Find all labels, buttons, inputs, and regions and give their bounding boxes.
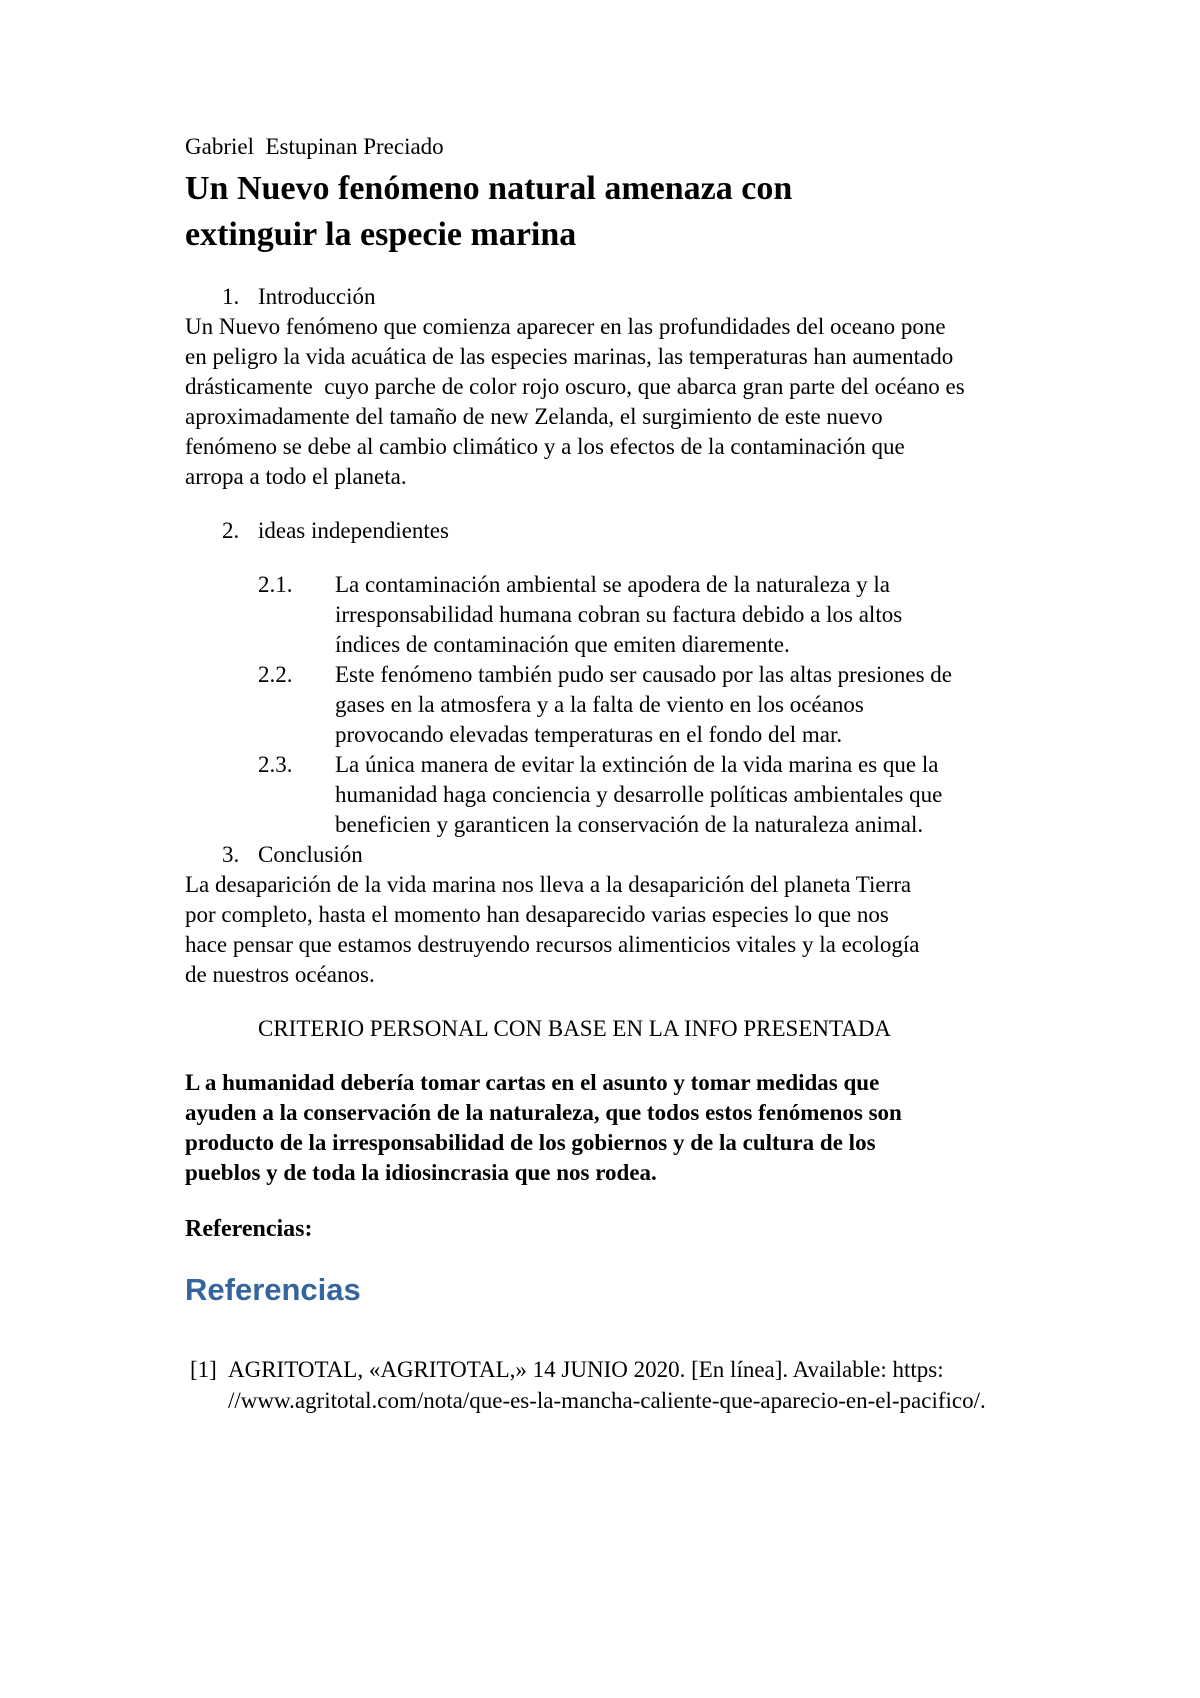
opinion-paragraph: L a humanidad debería tomar cartas en el… <box>185 1068 925 1188</box>
criterio-line: CRITERIO PERSONAL CON BASE EN LA INFO PR… <box>258 1014 998 1044</box>
section-1-number: 1. <box>222 282 258 312</box>
references-list: [1] AGRITOTAL, «AGRITOTAL,» 14 JUNIO 202… <box>185 1354 1200 1416</box>
section-2-label: ideas independientes <box>258 516 449 546</box>
section-2-number: 2. <box>222 516 258 546</box>
list-item: 2.3. La única manera de evitar la extinc… <box>258 750 1200 840</box>
list-item-number: 2.1. <box>258 570 335 660</box>
section-1-label: Introducción <box>258 282 376 312</box>
document-page: Gabriel Estupinan Preciado Un Nuevo fenó… <box>0 0 1200 1698</box>
list-item-number: 2.2. <box>258 660 335 750</box>
list-item-text: Este fenómeno también pudo ser causado p… <box>335 660 960 750</box>
section-3-label: Conclusión <box>258 840 363 870</box>
reference-text: AGRITOTAL, «AGRITOTAL,» 14 JUNIO 2020. [… <box>228 1354 1020 1416</box>
list-item-text: La única manera de evitar la extinción d… <box>335 750 960 840</box>
references-heading: Referencias <box>185 1272 1200 1308</box>
section-2-heading: 2. ideas independientes <box>222 516 1200 546</box>
list-item: 2.1. La contaminación ambiental se apode… <box>258 570 1200 660</box>
reference-entry: [1] AGRITOTAL, «AGRITOTAL,» 14 JUNIO 202… <box>190 1354 1200 1416</box>
section-3-number: 3. <box>222 840 258 870</box>
conclusion-paragraph: La desaparición de la vida marina nos ll… <box>185 870 925 990</box>
reference-marker: [1] <box>190 1354 228 1416</box>
introduction-paragraph: Un Nuevo fenómeno que comienza aparecer … <box>185 312 965 492</box>
section-3-heading: 3. Conclusión <box>222 840 1200 870</box>
references-label: Referencias: <box>185 1214 1200 1244</box>
document-title: Un Nuevo fenómeno natural amenaza con ex… <box>185 166 865 258</box>
author-name: Gabriel Estupinan Preciado <box>185 132 1200 162</box>
spacer <box>185 546 1200 570</box>
list-item-text: La contaminación ambiental se apodera de… <box>335 570 960 660</box>
section-1-heading: 1. Introducción <box>222 282 1200 312</box>
spacer <box>185 492 1200 516</box>
list-item: 2.2. Este fenómeno también pudo ser caus… <box>258 660 1200 750</box>
list-item-number: 2.3. <box>258 750 335 840</box>
